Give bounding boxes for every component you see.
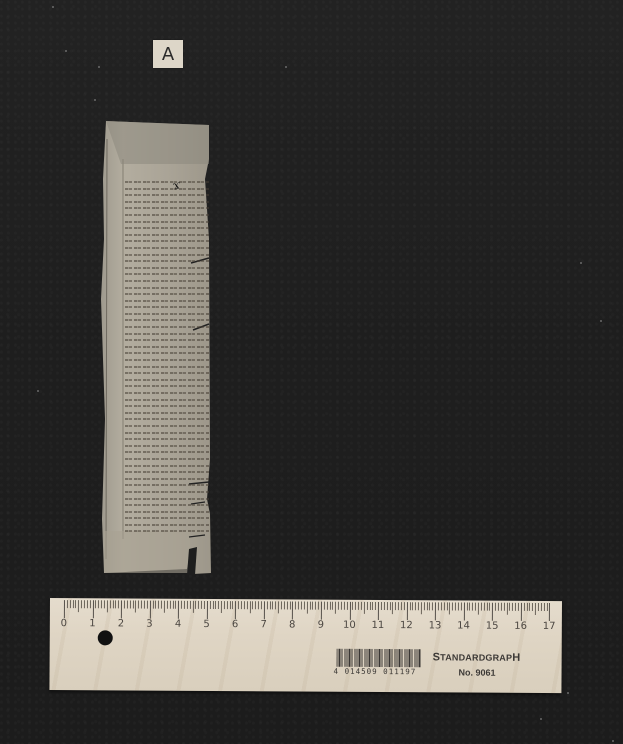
ruler-tick [524,603,525,611]
ruler-tick [147,601,148,609]
ruler-tick [387,602,388,610]
ruler-hanging-hole [98,630,113,645]
ruler-tick [484,603,485,611]
ruler-tick [175,601,176,609]
ruler-tick [130,600,131,608]
ruler-tick [132,601,133,609]
ruler-tick [486,603,487,611]
ruler-tick [104,600,105,608]
ruler-tick [409,602,410,610]
ruler-tick [389,602,390,610]
ruler-tick-label: 7 [260,619,266,630]
ruler-tick [295,601,296,609]
ruler-tick [170,601,171,609]
ruler-tick-label: 17 [543,621,556,632]
ruler-tick [272,601,273,609]
ruler-tick [292,601,293,619]
ruler-tick [255,601,256,609]
ruler-tick [321,602,322,620]
ruler-tick [192,601,193,613]
ruler-tick [152,601,153,609]
background-speck [65,50,67,52]
ruler-tick [518,603,519,611]
ruler-tick-label: 0 [61,618,67,629]
ruler-tick [244,601,245,609]
ruler-tick [358,602,359,610]
ruler-tick [212,601,213,609]
ruler-tick [432,602,433,610]
ruler-tick [361,602,362,610]
ruler-tick [441,602,442,610]
ruler-tick [261,601,262,609]
ruler-tick [172,601,173,609]
ruler-tick [469,603,470,611]
ruler-tick [364,602,365,614]
ruler-tick [381,602,382,610]
ruler-ticks: 01234567891011121314151617 [50,598,562,631]
ruler-tick [258,601,259,609]
ruler-tick [207,601,208,619]
ruler-tick [412,602,413,610]
ruler-tick [498,603,499,611]
ruler-tick [73,600,74,608]
ruler-tick [67,600,68,608]
ruler-tick [184,601,185,609]
ruler-tick [98,600,99,608]
barcode [337,649,421,668]
ruler-tick [150,601,151,619]
ruler-tick [190,601,191,609]
ruler-tick [92,600,93,618]
ruler-tick [107,600,108,612]
ruler-tick [429,602,430,610]
ruler-tick [424,602,425,610]
ruler-tick [227,601,228,609]
manuscript-text-lines [125,181,209,541]
ruler-tick [110,600,111,608]
ruler-tick [90,600,91,608]
ruler-tick [538,603,539,611]
ruler-tick-label: 16 [514,621,527,632]
ruler-tick [289,601,290,609]
ruler-tick-label: 13 [429,620,442,631]
ruler-tick [281,601,282,609]
ruler-tick [509,603,510,611]
ruler-tick [164,601,165,613]
ruler-tick [315,602,316,610]
ruler-tick-label: 6 [232,619,238,630]
ruler-tick [549,603,550,621]
ruler-tick [452,602,453,610]
ruler-tick-label: 15 [486,621,499,632]
specimen-label-card: A [153,40,183,68]
ruler-tick [489,603,490,611]
ruler-tick [115,600,116,608]
ruler-tick [529,603,530,611]
ruler-tick [252,601,253,609]
ruler-tick [526,603,527,611]
ruler-tick [472,603,473,611]
ruler-tick [455,602,456,610]
ruler-tick [267,601,268,609]
ruler-tick [501,603,502,611]
ruler-tick [418,602,419,610]
ruler-tick [221,601,222,613]
ruler-tick [415,602,416,610]
ruler-tick-label: 4 [175,619,181,630]
ruler-tick [112,600,113,608]
background-speck [52,6,54,8]
background-speck [98,66,100,68]
ruler-tick [338,602,339,610]
ruler-tick [298,602,299,610]
ruler-tick-label: 9 [318,620,324,631]
ruler-tick [447,602,448,610]
ruler-tick [532,603,533,611]
ruler-tick [421,602,422,614]
background-speck [567,692,569,694]
ruler-tick [195,601,196,609]
ruler-tick [232,601,233,609]
ruler-tick [247,601,248,609]
ruler-model-number: No. 9061 [459,667,496,677]
ruler-tick-label: 3 [146,619,152,630]
ruler-tick [238,601,239,609]
ruler-tick [506,603,507,615]
ruler-tick [138,601,139,609]
ruler-tick [438,602,439,610]
ruler-tick [215,601,216,609]
ruler-tick [544,603,545,611]
ruler-tick [504,603,505,611]
ruler-tick [329,602,330,610]
ruler-tick [378,602,379,620]
ruler-tick [167,601,168,609]
background-speck [612,740,614,742]
ruler-tick [178,601,179,619]
ruler-tick [467,603,468,611]
ruler-tick [275,601,276,609]
ruler-tick [324,602,325,610]
ruler-tick [204,601,205,609]
ruler-tick-label: 5 [203,619,209,630]
ruler-tick [372,602,373,610]
ruler-tick [384,602,385,610]
ruler-tick [367,602,368,610]
ruler-tick [427,602,428,610]
ruler-tick [141,601,142,609]
ruler-tick [187,601,188,609]
background-speck [37,390,39,392]
ruler-tick [398,602,399,610]
ruler-tick [312,602,313,610]
ruler-tick [144,601,145,609]
ruler-tick-label: 1 [89,618,95,629]
background-speck [600,320,602,322]
ruler-tick [512,603,513,611]
ruler-tick [318,602,319,610]
ruler-tick [87,600,88,608]
ruler-tick [546,603,547,611]
ruler-tick [135,601,136,613]
ruler-tick [210,601,211,609]
ruler-tick [250,601,251,613]
ruler-tick [124,600,125,608]
ruler-tick [327,602,328,610]
ruler-tick [309,602,310,610]
ruler-tick [535,603,536,615]
ruler-tick-label: 10 [343,620,356,631]
ruler-tick [101,600,102,608]
ruler-tick-label: 12 [400,620,413,631]
ruler-tick [352,602,353,610]
ruler-tick [95,600,96,608]
ruler-tick [435,602,436,620]
ruler-tick [449,602,450,614]
ruler-tick [492,603,493,621]
ruler-tick [278,601,279,613]
ruler-tick [64,600,65,618]
ruler-tick [521,603,522,621]
ruler-tick [478,603,479,615]
ruler-tick [401,602,402,610]
ruler-tick [78,600,79,612]
background-speck [94,99,96,101]
ruler-tick-label: 11 [371,620,384,631]
ruler-tick [81,600,82,608]
brand-middle: TANDARDGRAP [440,652,512,662]
ruler-tick [444,602,445,610]
ruler-tick [70,600,71,608]
ruler-tick [201,601,202,609]
ruler-tick [355,602,356,610]
ruler-tick [332,602,333,610]
ruler-tick [349,602,350,620]
brand-final: H [512,652,520,664]
ruler-tick [369,602,370,610]
ruler-tick [304,602,305,610]
parchment-fragment: ϫ [101,119,211,575]
ruler-tick [230,601,231,609]
ruler-tick-label: 8 [289,619,295,630]
ruler-tick [307,602,308,614]
ruler-tick-label: 14 [457,620,470,631]
ruler-tick [301,602,302,610]
background-speck [580,262,582,264]
ruler-tick [155,601,156,609]
ruler-tick [84,600,85,608]
ruler-tick [127,600,128,608]
ruler-tick [347,602,348,610]
ruler-tick [335,602,336,614]
ruler-tick [284,601,285,609]
ruler-tick [464,603,465,621]
ruler-tick [458,602,459,610]
ruler-tick [406,602,407,620]
ruler-brand: STANDARDGRAPH [433,651,521,664]
ruler-tick-label: 2 [118,618,124,629]
ruler-tick [515,603,516,611]
ruler-tick [475,603,476,611]
ruler-tick [341,602,342,610]
ruler-tick [375,602,376,610]
ruler-tick [218,601,219,609]
ruler-tick [158,601,159,609]
brand-initial: S [433,651,441,663]
ruler-tick [495,603,496,611]
ruler-tick [270,601,271,609]
ruler-tick [121,600,122,618]
ruler-tick [404,602,405,610]
background-speck [285,66,287,68]
ruler-tick [224,601,225,609]
ruler-tick [181,601,182,609]
ruler-tick [461,603,462,611]
measuring-ruler: 01234567891011121314151617 4 014509 0111… [49,598,562,693]
ruler-tick [541,603,542,611]
barcode-digits: 4 014509 011197 [334,667,417,677]
specimen-label-text: A [162,44,174,65]
ruler-tick [75,600,76,608]
ruler-tick [392,602,393,614]
ruler-tick [481,603,482,611]
background-speck [540,718,542,720]
ruler-tick [344,602,345,610]
ruler-tick [235,601,236,619]
ruler-tick [241,601,242,609]
ruler-tick [287,601,288,609]
ruler-tick [118,600,119,608]
ruler-tick [161,601,162,609]
ruler-tick [198,601,199,609]
ruler-tick [264,601,265,619]
ruler-tick [395,602,396,610]
